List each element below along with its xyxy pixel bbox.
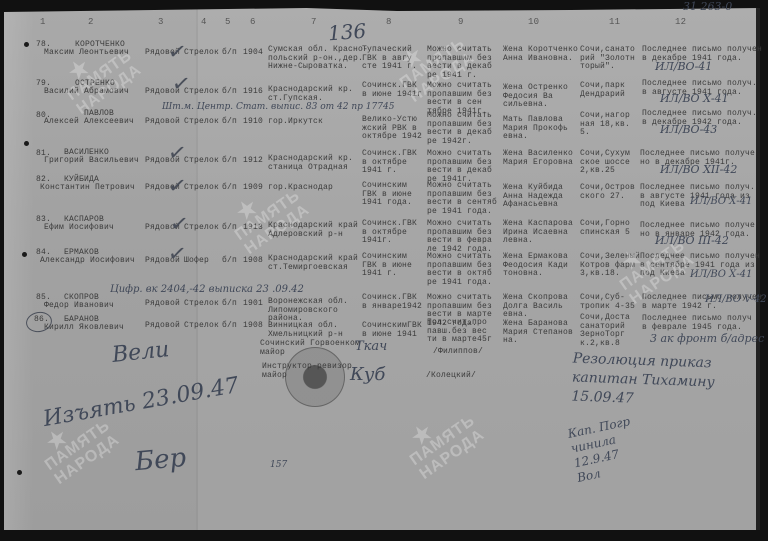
col-header-6: 6 (250, 18, 256, 27)
party-status: б/п (222, 300, 237, 309)
handwritten-note: ИЛ/ВО-41 (655, 60, 712, 73)
checkmark-icon: ✓ (166, 173, 188, 200)
relative: Жена Куйбида Анна Надежда Афанасьевна (503, 184, 563, 210)
missing-status: Можно считать пропавшим без вести в дека… (427, 112, 492, 146)
commissar-signature: Ткач (355, 339, 387, 354)
col-header-7: 7 (311, 18, 317, 27)
birth-year: 1912 (243, 157, 263, 166)
relative: Жена Василенко Мария Егоровна (503, 150, 573, 167)
soldier-name: Алексей Алексеевич (44, 118, 134, 127)
col-header-3: 3 (158, 18, 164, 27)
relative: Жена Каспарова Ирина Исаевна левна. (503, 220, 573, 246)
checkmark-icon: ✓ (170, 71, 192, 98)
party-status: б/п (222, 257, 237, 266)
birthplace: Краснодарский край ст.Темиргоевская (268, 255, 358, 272)
missing-status: Можно считать пропавшим без вести в февр… (427, 220, 492, 254)
soldier-name: Александр Иосифович (40, 257, 135, 266)
party-status: б/п (222, 157, 237, 166)
birth-year: 1908 (243, 322, 263, 331)
relative-address: Сочи,парк Дендрарий (580, 82, 625, 99)
col-header-12: 12 (675, 18, 686, 27)
birth-year: 1908 (243, 257, 263, 266)
checkmark-icon: ✓ (166, 140, 188, 167)
handwritten-signature-left: Бер (134, 443, 188, 477)
handwritten-note: ИЛ/ВО Х-41 (660, 92, 729, 105)
col-header-10: 10 (528, 18, 539, 27)
handwritten-note: 3 ак фронт б/адрес (650, 332, 764, 345)
soldier-name: Ефим Иосифович (44, 224, 114, 233)
archive-number: 31 263-0 (683, 0, 732, 13)
soldier-specialty: Стрелок (184, 49, 219, 58)
soldier-rank: Рядовой (145, 322, 180, 331)
drafted-by: Велико-Устю жский РВК в октябре 1942 (362, 116, 422, 142)
document-scan-frame: 31 263-0 136 1 2 3 4 5 6 7 8 9 10 11 12 … (0, 0, 768, 541)
birthplace: Краснодарский кр. ст.Гупская. (268, 86, 353, 103)
birth-year: 1916 (243, 88, 263, 97)
missing-status: Можно считать пропавшим без вести в сент… (427, 182, 497, 216)
relative-address: Сочи,Доста санаторий ЗерноТорг к.2,кв.8 (580, 314, 630, 348)
birth-year: 1901 (243, 300, 263, 309)
birthplace: Винницкая обл. Хмельницкий р-н (268, 322, 343, 339)
drafted-by: Сочинским ГВК в июне 1941 г. (362, 253, 412, 279)
soldier-specialty: Стрелок (184, 157, 219, 166)
paper-shading (4, 8, 34, 530)
relative: Мать Павлова Мария Прокофь евна. (503, 116, 568, 142)
missing-status: Можно считать пропавшим без вести в дека… (427, 150, 492, 184)
commissar-name: /Филиппов/ (433, 348, 483, 357)
checkmark-icon: ✓ (168, 211, 190, 238)
soldier-name: Константин Петрович (40, 184, 135, 193)
relative-address: Сочи,санато рий "Золотн торый". (580, 46, 635, 72)
col-header-2: 2 (88, 18, 94, 27)
drafted-by: СочинскимГВК в июне 1941 (362, 322, 422, 339)
soldier-specialty: Шофер (184, 257, 209, 266)
punch-hole-mark (24, 42, 29, 47)
instructor-title: Инструктор-ревизор майор (262, 363, 352, 380)
handwritten-annotation: Шт.м. Центр. Стат. выпис. 83 от 42 пр 17… (162, 102, 394, 112)
drafted-by: Сочинск.ГВК в октябре 1941 г. (362, 150, 417, 176)
handwritten-annotation: Цифр. вк 2404,-42 выписка 23 .09.42 (110, 284, 304, 295)
soldier-rank: Рядовой (145, 118, 180, 127)
punch-hole-mark (17, 470, 22, 475)
col-header-4: 4 (201, 18, 207, 27)
soldier-name: Федор Иванович (44, 302, 114, 311)
handwritten-resolution: Резолюция приказ капитан Тихамину 15.09.… (571, 350, 716, 412)
soldier-name: Григорий Васильевич (44, 157, 139, 166)
birthplace: Сумская обл. Красно- польский р-он.,дер.… (268, 46, 368, 72)
drafted-by: Сочинским ГВК в июне 1941 года. (362, 182, 412, 208)
birthplace: Воронежская обл. Липомировского района. (268, 298, 348, 324)
drafted-by: Сочинск.ГВК в октябре 1941г. (362, 220, 417, 246)
birth-year: 1904 (243, 49, 263, 58)
last-letter-info: Последнее письмо получ в феврале 1945 го… (642, 315, 752, 332)
relative: Жена Остренко Федосия Ва сильевна. (503, 84, 568, 110)
soldier-specialty: Стрелок (184, 224, 219, 233)
checkmark-icon: ✓ (166, 39, 188, 66)
handwritten-note: ИЛ/ВО-43 (660, 123, 717, 136)
punch-hole-mark (22, 252, 27, 257)
relative-address: Сочи,Сухум ское шоссе 2,кв.25 (580, 150, 630, 176)
handwritten-note: ИЛ/ВО Х-41 (690, 196, 752, 207)
relative: Жена Ермакова Феодосия Кади тоновна. (503, 253, 568, 279)
relative: Жена Баранова Мария Степанов на. (503, 320, 573, 346)
sheet-footer-number: 157 (270, 460, 287, 470)
birthplace: Краснодарский кр. станица Отрадная (268, 155, 353, 172)
soldier-specialty: Стрелок (184, 184, 219, 193)
handwritten-note: ИЛ/ВО V-42 (705, 294, 767, 305)
soldier-rank: Рядовой (145, 300, 180, 309)
handwritten-note: ИЛ/ВО ХII-42 (660, 163, 737, 176)
drafted-by: Сочинск.ГВК в январе1942 (362, 294, 422, 311)
birth-year: 1910 (243, 118, 263, 127)
instructor-name: /Колецкий/ (426, 372, 476, 381)
col-header-5: 5 (225, 18, 231, 27)
party-status: б/п (222, 184, 237, 193)
col-header-9: 9 (458, 18, 464, 27)
soldier-specialty: Стрелок (184, 300, 219, 309)
party-status: б/п (222, 49, 237, 58)
commissar-title: Сочинский Горвоенком майор (260, 340, 360, 357)
birthplace: гор.Иркутск (268, 118, 323, 127)
relative-address: Сочи,нагор ная 18,кв. 5. (580, 112, 630, 138)
instructor-signature: Куб (350, 364, 385, 385)
relative-address: Сочи,Суб- тропик 4-35 (580, 294, 635, 311)
col-header-11: 11 (609, 18, 620, 27)
relative: Жена Скопрова Долга Василь евна. (503, 294, 568, 320)
page-number-handwritten: 136 (327, 19, 367, 46)
checkmark-icon: ✓ (166, 241, 188, 268)
missing-status: Пол.счит.про павш.без вес ти в марте45г (427, 319, 492, 345)
party-status: б/п (222, 88, 237, 97)
handwritten-note-right-bottom: Кап. Погр чинила 12.9.47 Вол (566, 414, 640, 486)
party-status: б/п (222, 118, 237, 127)
punch-hole-mark (24, 141, 29, 146)
relative: Жена Коротченко Анна Ивановна. (503, 46, 578, 63)
soldier-name: Кирилл Яковлевич (44, 324, 124, 333)
soldier-specialty: Стрелок (184, 118, 219, 127)
soldier-specialty: Стрелок (184, 322, 219, 331)
relative-address: Сочи,Остров ского 27. (580, 184, 635, 201)
col-header-8: 8 (386, 18, 392, 27)
missing-status: Можно считать пропавшим без вести в октя… (427, 253, 492, 287)
relative-address: Сочи,Горно спинская 5 (580, 220, 630, 237)
col-header-1: 1 (40, 18, 46, 27)
party-status: б/п (222, 322, 237, 331)
handwritten-note: ИЛ/ВО Х-41 (690, 269, 752, 280)
